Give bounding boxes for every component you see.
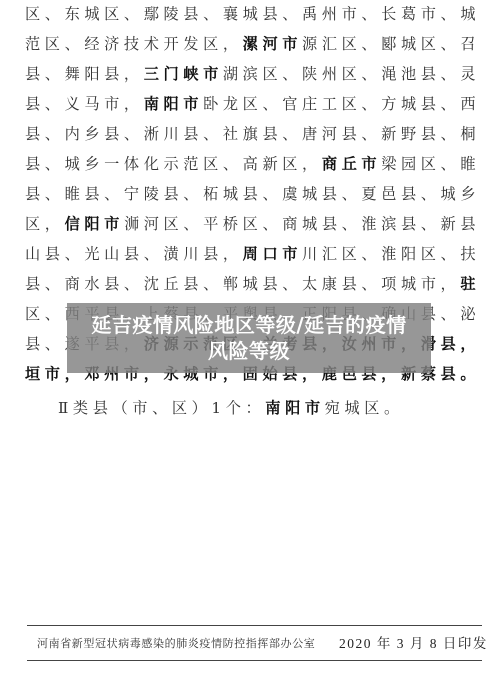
line-text: 湖滨区、陕州区、渑池县、灵宝市、卢氏: [223, 65, 480, 83]
line-text: 县、睢县、宁陵县、柘城县、虞城县、夏邑县、城乡一体化示范: [25, 185, 480, 203]
city-name-bold: 周口市: [243, 245, 302, 263]
footer-bottom-rule: [27, 660, 482, 661]
line-text: 浉河区、平桥区、商城县、淮滨县、新县、息县、罗: [124, 215, 480, 233]
document-line: 县、睢县、宁陵县、柘城县、虞城县、夏邑县、城乡一体化示范: [25, 184, 480, 204]
city-name-bold: 南阳市: [265, 399, 324, 417]
line-text: 梁园区、睢阳区、民权: [381, 155, 480, 173]
footer-issuer: 河南省新型冠状病毒感染的肺炎疫情防控指挥部办公室: [37, 635, 315, 651]
line-text: 区、东城区、鄢陵县、襄城县、禹州市、长葛市、城乡一体化示: [25, 5, 480, 23]
line-text: 县、内乡县、淅川县、社旗县、唐河县、新野县、桐柏县、南召: [25, 125, 480, 143]
city-name-bold: 漯河市: [243, 35, 302, 53]
document-line: 县、内乡县、淅川县、社旗县、唐河县、新野县、桐柏县、南召: [25, 124, 480, 144]
document-line: 县、义马市，南阳市卧龙区、官庄工区、方城县、西峡县、镇平: [25, 94, 480, 114]
city-name-bold: 南阳市: [144, 95, 203, 113]
line-text: 县、舞阳县，: [25, 65, 144, 83]
document-line: 区、东城区、鄢陵县、襄城县、禹州市、长葛市、城乡一体化示: [25, 4, 480, 24]
line-text: 县、商水县、沈丘县、郸城县、太康县、项城市，: [25, 275, 460, 293]
line-text: 源汇区、郾城区、召陵区、临颍: [302, 35, 480, 53]
city-name-bold: 信阳市: [65, 215, 124, 233]
document-line: Ⅱ类县（市、区）1个：南阳市宛城区。: [58, 398, 500, 418]
document-line: 县、商水县、沈丘县、郸城县、太康县、项城市，驻马店市驿城: [25, 274, 480, 294]
banner-title-line-2: 风险等级: [208, 338, 290, 364]
line-text: 范区、经济技术开发区，: [25, 35, 243, 53]
footer-top-rule: [27, 625, 482, 626]
city-name-bold: 商丘市: [322, 155, 381, 173]
line-text: 区，: [25, 215, 65, 233]
scanned-document-page: 区、东城区、鄢陵县、襄城县、禹州市、长葛市、城乡一体化示范区、经济技术开发区，漯…: [0, 0, 500, 683]
line-text: 川汇区、淮阳区、扶沟县、西华: [302, 245, 480, 263]
document-line: 县、城乡一体化示范区、高新区，商丘市梁园区、睢阳区、民权: [25, 154, 480, 174]
footer-date: 2020 年 3 月 8 日印发: [339, 632, 488, 652]
line-text: Ⅱ类县（市、区）1个：: [58, 399, 265, 417]
document-line: 范区、经济技术开发区，漯河市源汇区、郾城区、召陵区、临颍: [25, 34, 480, 54]
line-text: 卧龙区、官庄工区、方城县、西峡县、镇平: [203, 95, 480, 113]
document-line: 区，信阳市浉河区、平桥区、商城县、淮滨县、新县、息县、罗: [25, 214, 480, 234]
line-text: 县、城乡一体化示范区、高新区，: [25, 155, 322, 173]
line-text: 宛城区。: [325, 399, 404, 417]
city-name-bold: 三门峡市: [144, 65, 223, 83]
banner-title-line-1: 延吉疫情风险地区等级/延吉的疫情: [91, 312, 406, 338]
document-line: 县、舞阳县，三门峡市湖滨区、陕州区、渑池县、灵宝市、卢氏: [25, 64, 480, 84]
document-line: 山县、光山县、潢川县，周口市川汇区、淮阳区、扶沟县、西华: [25, 244, 480, 264]
city-name-bold: 驻马店市: [460, 275, 480, 293]
line-text: 县、义马市，: [25, 95, 144, 113]
line-text: 山县、光山县、潢川县，: [25, 245, 243, 263]
title-overlay-banner: 延吉疫情风险地区等级/延吉的疫情 风险等级: [67, 303, 431, 373]
